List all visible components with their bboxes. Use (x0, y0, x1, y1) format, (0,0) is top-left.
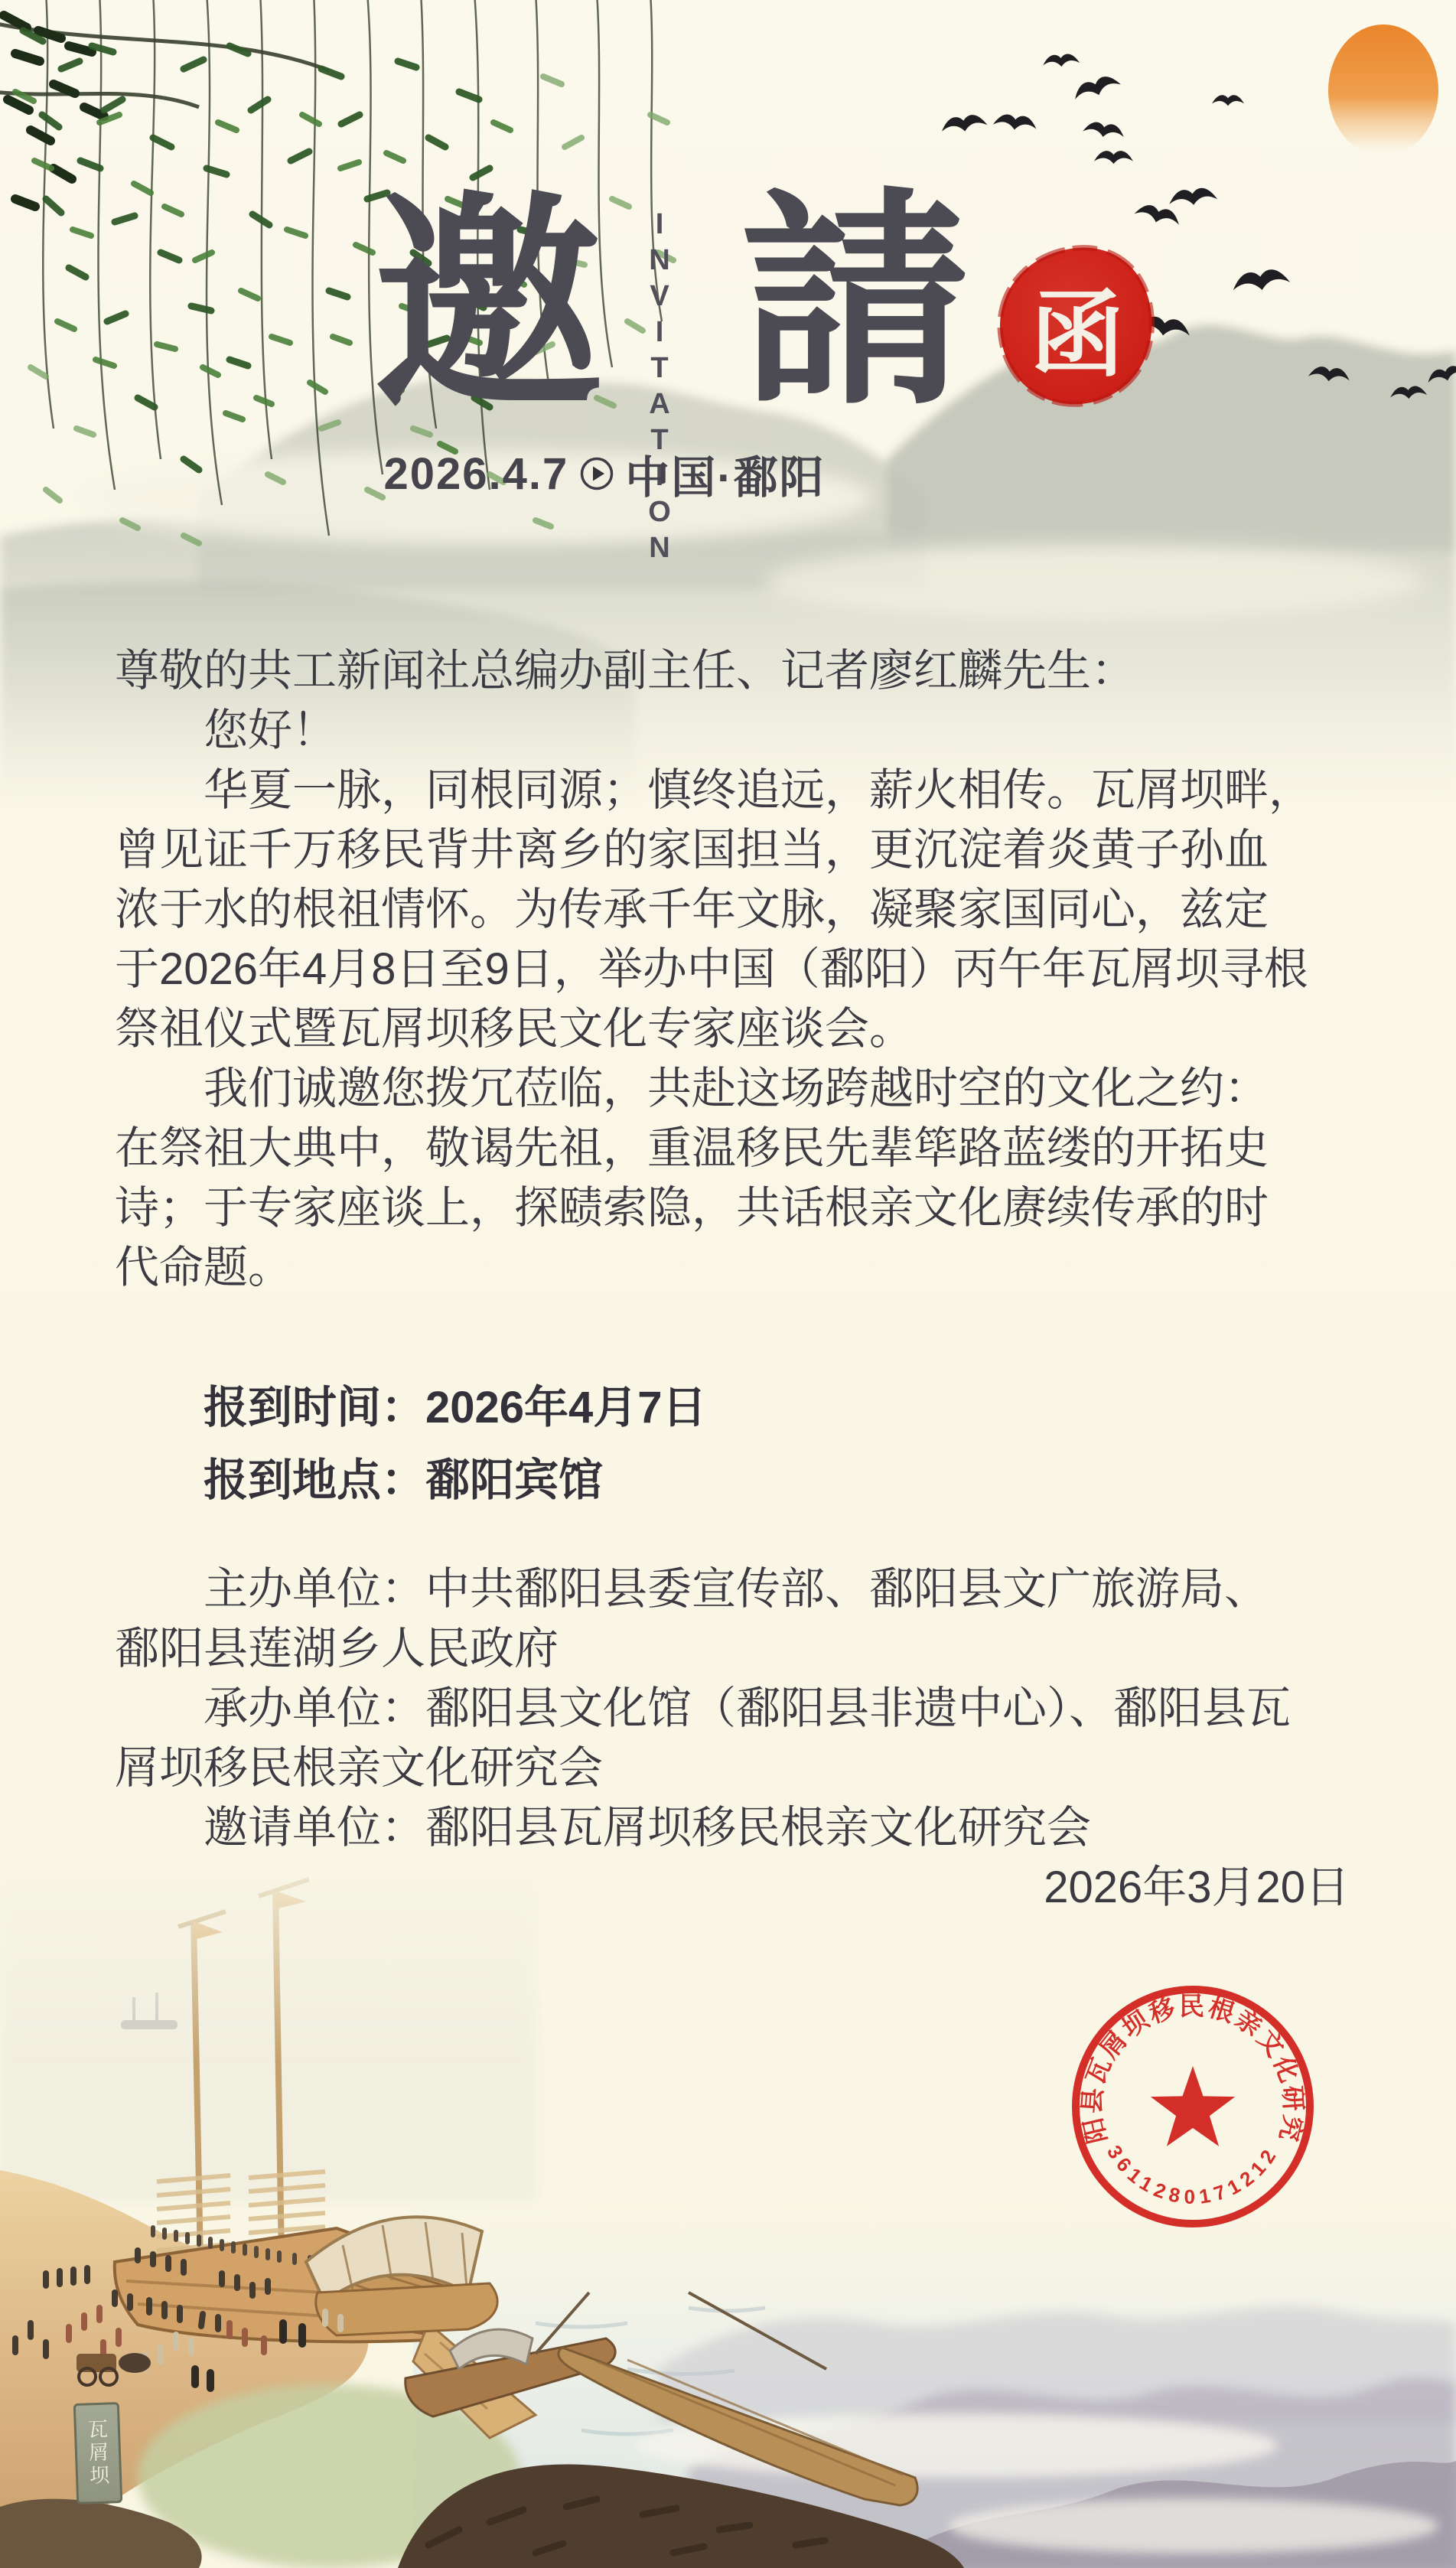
title-char-yao: 邀 (373, 193, 603, 422)
official-seal: 鄱阳县瓦屑坝移民根亲文化研究会 3611280171212 (1065, 1979, 1321, 2234)
checkin-time: 报到时间：2026年4月7日 (115, 1371, 1362, 1444)
organizer-host: 主办单位：中共鄱阳县委宣传部、鄱阳县文广旅游局、 鄱阳县莲湖乡人民政府 (115, 1559, 1362, 1679)
stele-marker: 瓦屑坝 (73, 2402, 123, 2504)
organizer-undertaker: 承办单位：鄱阳县文化馆（鄱阳县非遗中心）、鄱阳县瓦 屑坝移民根亲文化研究会 (115, 1679, 1362, 1798)
organizer-inviter: 邀请单位：鄱阳县瓦屑坝移民根亲文化研究会 (115, 1798, 1362, 1858)
paragraph-1: 华夏一脉，同根同源；慎终追远，薪火相传。瓦屑坝畔， 曾见证千万移民背井离乡的家国… (115, 761, 1362, 1059)
sun (1328, 24, 1438, 156)
issued-date: 2026年3月20日 (115, 1858, 1362, 1918)
organizers-block: 主办单位：中共鄱阳县委宣传部、鄱阳县文广旅游局、 鄱阳县莲湖乡人民政府 承办单位… (115, 1559, 1362, 1858)
paragraph-2: 我们诚邀您拨冗莅临，共赴这场跨越时空的文化之约： 在祭祖大典中，敬谒先祖，重温移… (115, 1059, 1362, 1298)
invitation-poster: 邀 INVITATION 請 函 2026.4.7 中国·鄱阳 尊敬的共工新闻社… (0, 0, 1456, 2568)
badge-char-han: 函 (992, 243, 1163, 410)
checkin-place: 报到地点：鄱阳宾馆 (115, 1444, 1362, 1517)
letter-body: 尊敬的共工新闻社总编办副主任、记者廖红麟先生： 您好！ 华夏一脉，同根同源；慎终… (115, 641, 1362, 1918)
event-date-row: 2026.4.7 中国·鄱阳 (321, 447, 888, 500)
checkin-block: 报到时间：2026年4月7日 报到地点：鄱阳宾馆 (115, 1371, 1362, 1517)
salutation: 尊敬的共工新闻社总编办副主任、记者廖红麟先生： (115, 641, 1362, 701)
greeting: 您好！ (115, 701, 1362, 761)
event-location: 中国·鄱阳 (625, 442, 825, 506)
seal-serial-textpath: 3611280171212 (1103, 2141, 1283, 2208)
event-date: 2026.4.7 (383, 448, 568, 500)
seal-star-icon (1151, 2066, 1235, 2146)
seal-serial-text: 3611280171212 (1103, 2141, 1283, 2208)
play-circle-icon (579, 456, 614, 491)
title-char-qing: 請 (741, 190, 970, 419)
